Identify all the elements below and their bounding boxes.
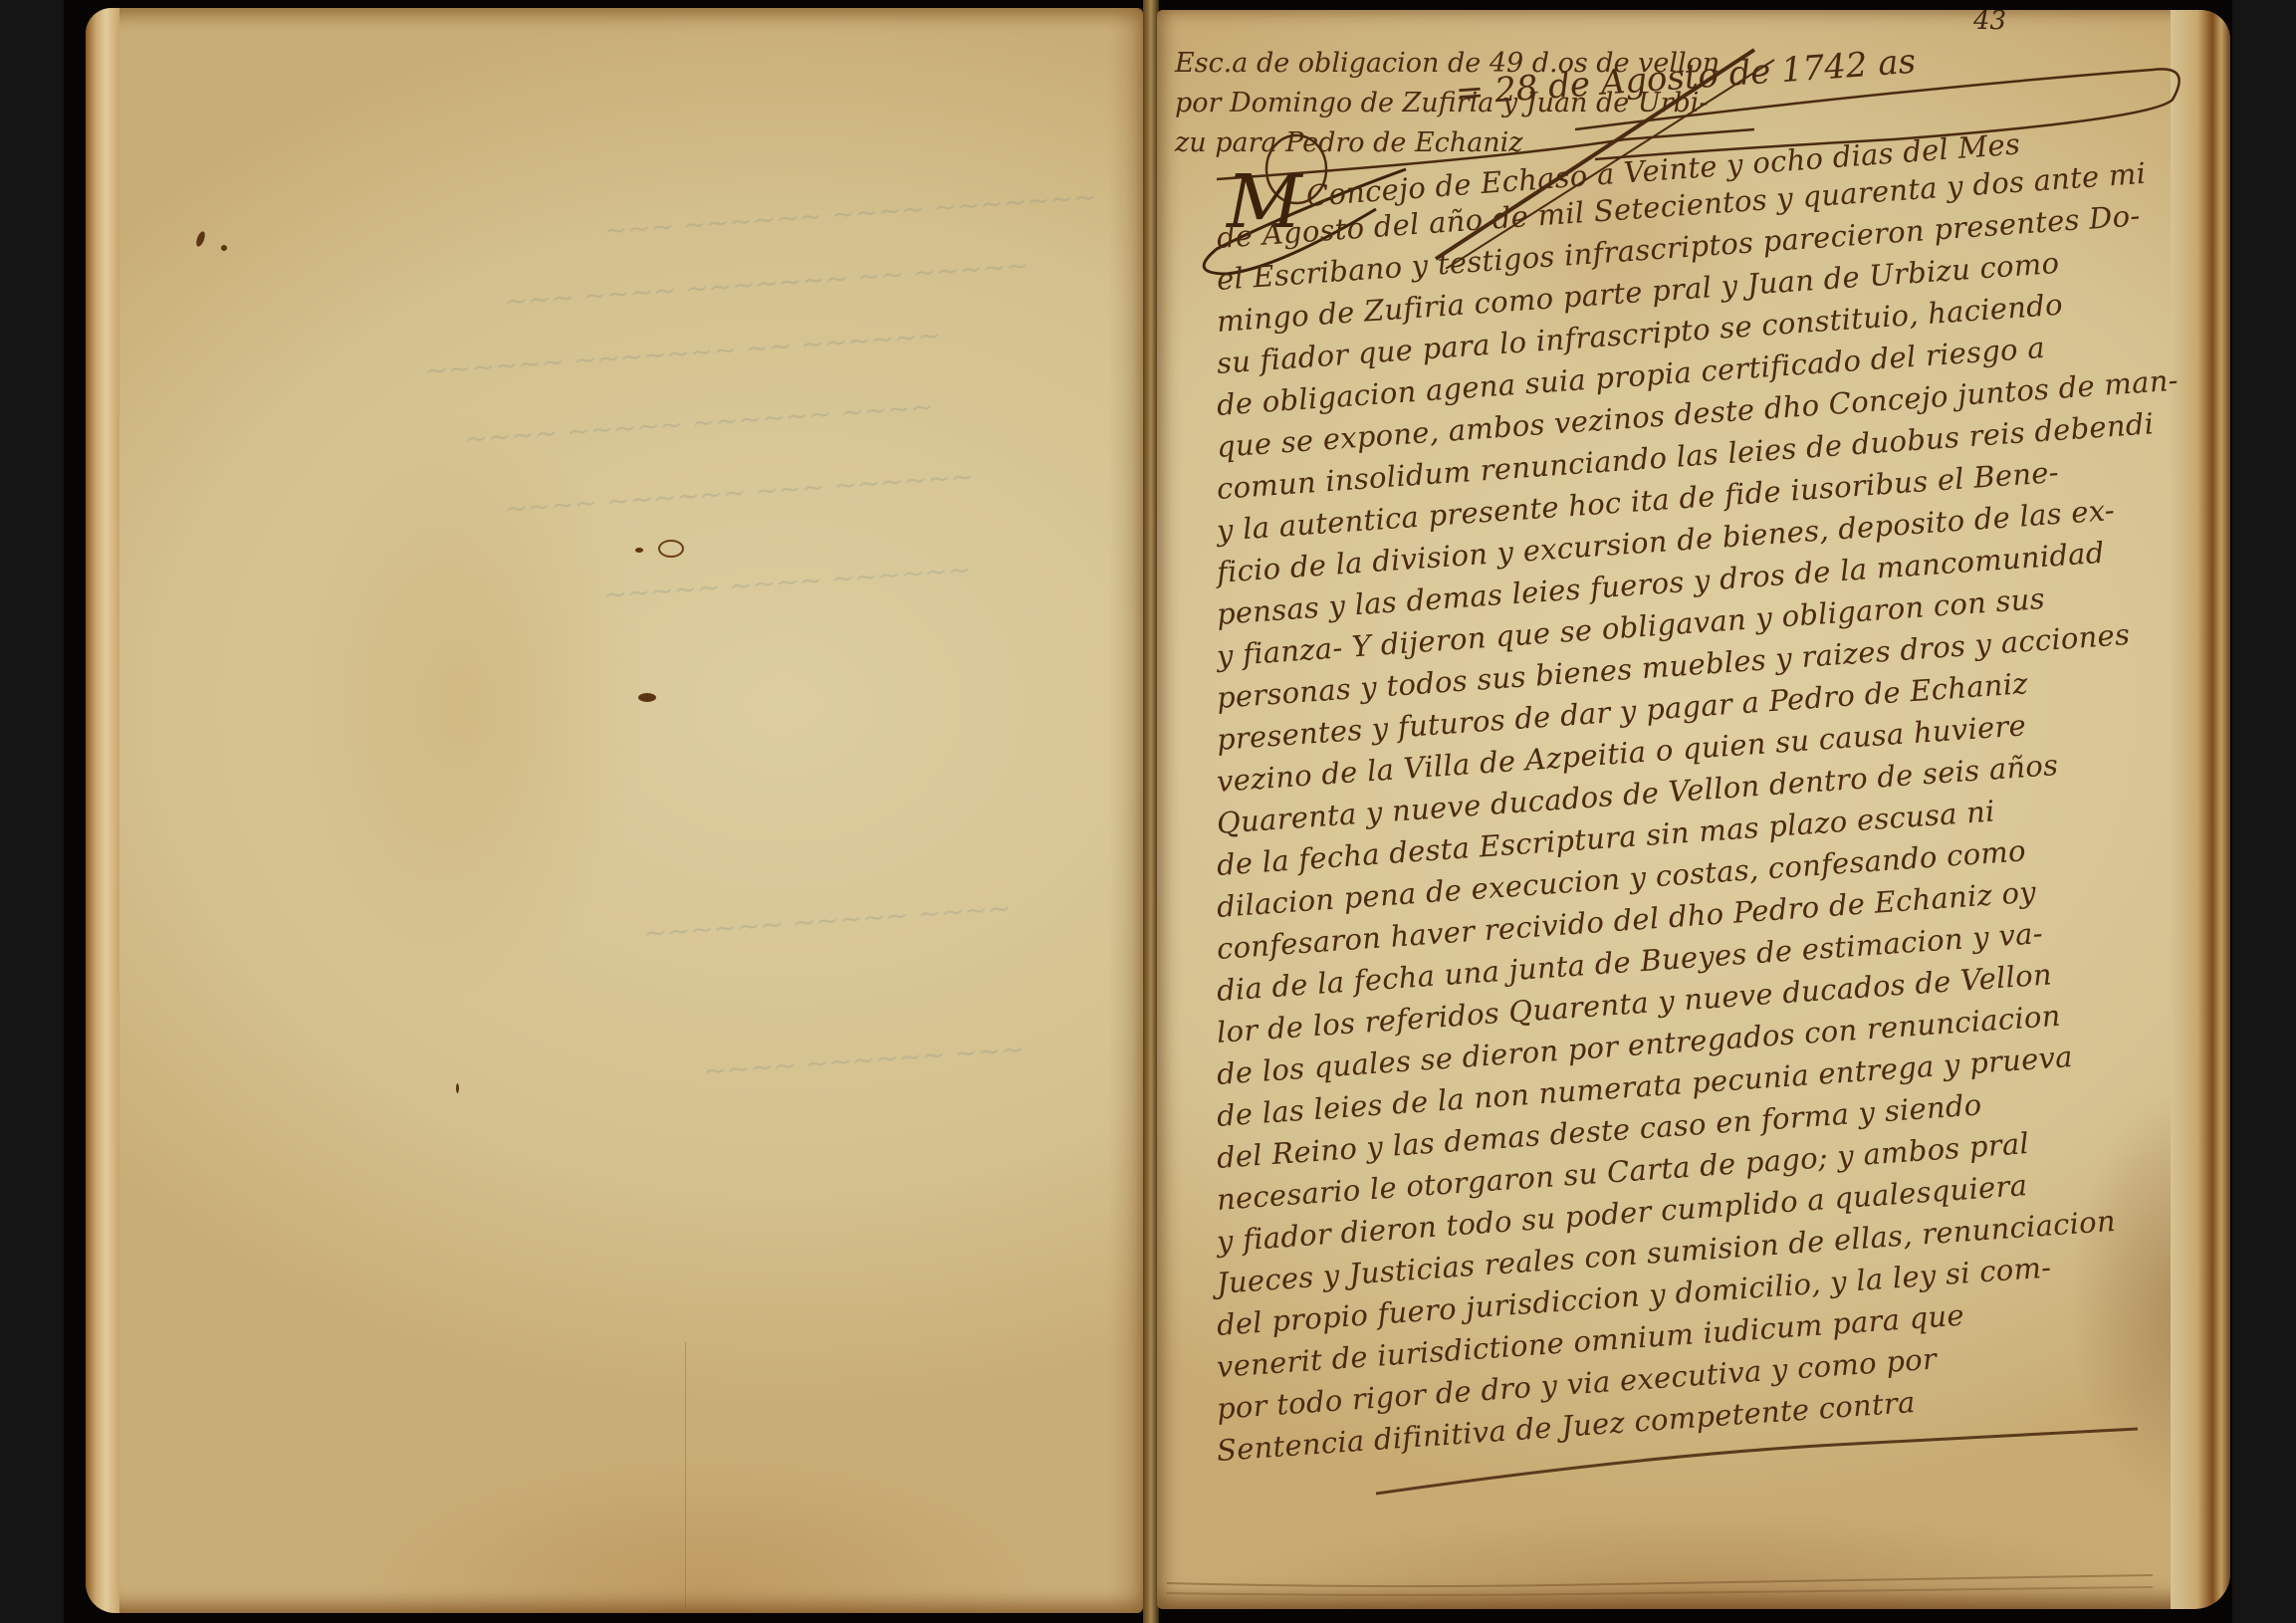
right-fore-edge [2171,10,2230,1609]
bleed-through-text: ~~~~ ~~~~~ ~~~~~~ ~~~~ [463,390,935,456]
left-gutter [1109,8,1143,1613]
bleed-through-text: ~~~~~~ ~~~~~ ~~~~ [642,891,1012,950]
ink-mark [456,1083,459,1093]
ink-smudge [635,548,643,553]
water-stain-line-icon [1157,1563,2173,1603]
ink-smudge [658,540,684,558]
left-frame-bar [0,0,64,1623]
ink-blot [638,693,656,702]
bleed-through-text: ~~~~ ~~~~~~ ~~~ [702,1033,1025,1087]
left-page: ~~~ ~~~~~~ ~~~~ ~~~~~~~ ~~~ ~~~~ ~~~~~~~… [86,8,1143,1613]
ink-blot [221,245,227,251]
bleed-through-text: ~~~ ~~~~~~ ~~~~ ~~~~~~~ [602,180,1097,248]
page-crease [685,1342,686,1611]
left-fore-edge [86,8,119,1613]
right-frame-bar [2232,0,2296,1623]
bleed-through-text: ~~~~ ~~~~~~ ~~~ ~~~~~~ [503,460,975,526]
ink-blot [194,230,206,247]
folio-number: 43 [1973,10,2006,36]
right-page: 43 Esc.a de obligacion de 49 d.os de vel… [1157,10,2230,1609]
bleed-through-text: ~~~~~~ ~~~~~~~ ~~ ~~~~~~ [423,319,941,387]
closing-rule-icon [1356,1424,2153,1504]
bleed-through-text: ~~~ ~~~~ ~~~~~~~ ~~ ~~~~~ [503,249,1030,319]
bleed-through-text: ~~~~~ ~~~~ ~~~~~~ [602,553,972,611]
